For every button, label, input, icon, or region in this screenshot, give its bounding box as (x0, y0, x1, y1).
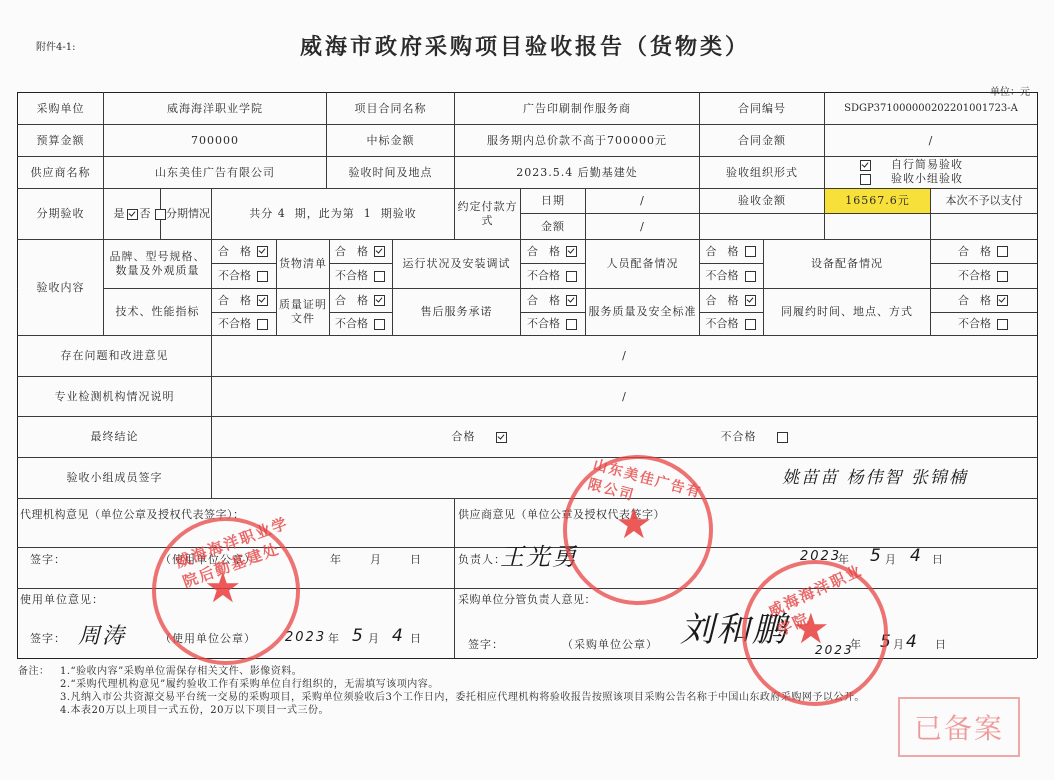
checkbox-unchecked[interactable] (997, 246, 1008, 257)
checkbox-checked[interactable] (566, 295, 577, 306)
checkbox-checked[interactable] (257, 295, 268, 306)
item-label-after-sales: 售后服务承诺 (393, 289, 520, 335)
purchaser-head-sign-label: 签字： (468, 635, 504, 655)
accept-amount-label: 验收金额 (700, 189, 824, 213)
conclusion-label: 最终结论 (18, 417, 211, 457)
filed-stamp: 已备案 (898, 697, 1020, 757)
contract-amount-value: / (825, 125, 1037, 156)
installment-label: 分期验收 (18, 189, 103, 239)
budget-label: 预算金额 (18, 125, 103, 156)
item-label-brand: 品牌、型号规格、数量及外观质量 (104, 240, 211, 288)
checkbox-unchecked[interactable] (745, 246, 756, 257)
contract-amount-label: 合同金额 (700, 125, 824, 156)
org-form-options: 自行简易验收 验收小组验收 (858, 158, 1036, 188)
installment-no-checkbox[interactable] (155, 209, 166, 220)
purchaser-label: 采购单位 (18, 93, 103, 124)
item-2-fail: 不合格 (521, 264, 585, 288)
contract-name-value: 广告印刷制作服务商 (455, 93, 699, 124)
team-sign-label: 验收小组成员签字 (18, 458, 211, 498)
checkbox-checked[interactable] (860, 160, 871, 171)
item-label-equipment: 设备配备情况 (764, 240, 930, 288)
payment-date-label: 日期 (521, 189, 585, 213)
contract-name-label: 项目合同名称 (327, 93, 454, 124)
notes-label: 备注： (18, 665, 50, 678)
item-label-service-quality: 服务质量及安全标准 (586, 289, 699, 335)
item-1-fail: 不合格 (330, 264, 392, 288)
school-logistics-seal: ★ 威海海洋职业学院后勤基建处 (152, 517, 300, 665)
conclusion-pass: 合格 (430, 417, 530, 457)
contract-no-label: 合同编号 (700, 93, 824, 124)
checkbox-unchecked[interactable] (745, 319, 756, 330)
item-0-pass: 合 格 (212, 240, 276, 263)
purchaser-head-label: 采购单位分管负责人意见： (458, 590, 596, 610)
checkbox-checked[interactable] (745, 295, 756, 306)
installment-yes-no: 是否 (104, 189, 160, 239)
agency-sign-label: 签字： (30, 550, 66, 570)
payment-amount-label: 金额 (521, 214, 585, 239)
item-4-fail: 不合格 (931, 264, 1037, 288)
supplier-value: 山东美佳广告有限公司 (104, 157, 326, 188)
checkbox-unchecked[interactable] (257, 319, 268, 330)
bid-amount-value: 服务期内总价款不高于700000元 (455, 125, 699, 156)
item-3-fail: 不合格 (700, 264, 763, 288)
item-7-fail: 不合格 (521, 313, 585, 335)
accept-time-label: 验收时间及地点 (327, 157, 454, 188)
payment-amount-value: / (586, 214, 699, 239)
payment-date-value: / (586, 189, 699, 213)
purchaser-head-seal-note: （采购单位公章） (562, 635, 658, 655)
item-4-pass: 合 格 (931, 240, 1037, 263)
checkbox-checked[interactable] (374, 246, 385, 257)
conclusion-pass-checkbox[interactable] (496, 432, 507, 443)
checkbox-unchecked[interactable] (997, 319, 1008, 330)
item-9-pass: 合 格 (931, 289, 1037, 312)
user-unit-label: 使用单位意见： (20, 590, 104, 610)
budget-value: 700000 (104, 125, 326, 156)
item-3-pass: 合 格 (700, 240, 763, 263)
checkbox-checked[interactable] (997, 295, 1008, 306)
conclusion-fail-checkbox[interactable] (777, 432, 788, 443)
bid-amount-label: 中标金额 (327, 125, 454, 156)
accept-time-value: 2023.5.4 后勤基建处 (455, 157, 699, 188)
checkbox-checked[interactable] (374, 295, 385, 306)
item-6-fail: 不合格 (330, 313, 392, 335)
item-5-fail: 不合格 (212, 313, 276, 335)
item-label-operation: 运行状况及安装调试 (393, 240, 520, 288)
checkbox-unchecked[interactable] (566, 271, 577, 282)
school-seal: ★ 威海海洋职业学院 (742, 560, 888, 706)
item-label-staffing: 人员配备情况 (586, 240, 699, 288)
note-item: 3.凡纳入市公共资源交易平台统一交易的采购项目，采购单位须验收后3个工作日内，委… (60, 691, 1018, 704)
accept-amount-value: 16567.6元 (825, 189, 930, 213)
installment-yes-checkbox[interactable] (127, 209, 138, 220)
item-9-fail: 不合格 (931, 313, 1037, 335)
item-7-pass: 合 格 (521, 289, 585, 312)
item-label-tech: 技术、性能指标 (104, 289, 211, 335)
item-8-pass: 合 格 (700, 289, 763, 312)
checkbox-unchecked[interactable] (860, 174, 871, 185)
item-8-fail: 不合格 (700, 313, 763, 335)
checkbox-checked[interactable] (257, 246, 268, 257)
installment-detail-value: 共分 4 期，此为第 1 期验收 (212, 189, 454, 239)
item-label-quality-docs: 质量证明文件 (277, 289, 329, 335)
item-label-timing: 同履约时间、地点、方式 (764, 289, 930, 335)
item-6-pass: 合 格 (330, 289, 392, 312)
user-unit-signature: 周涛 (78, 622, 126, 652)
item-1-pass: 合 格 (330, 240, 392, 263)
contract-no-value: SDGP371000000202201001723-A (825, 93, 1037, 124)
accept-amount-note: 本次不予以支付 (931, 189, 1037, 213)
org-form-option-self[interactable]: 自行简易验收 (858, 158, 1036, 172)
note-item: 4.本表20万以上项目一式五份，20万以下项目一式三份。 (60, 704, 1018, 717)
inspection-label: 专业检测机构情况说明 (18, 377, 211, 416)
attachment-label: 附件4-1: (36, 38, 75, 53)
checkbox-unchecked[interactable] (257, 271, 268, 282)
item-5-pass: 合 格 (212, 289, 276, 312)
supplier-seal: ★ 山东美佳广告有限公司 (563, 455, 713, 605)
purchaser-value: 威海海洋职业学院 (104, 93, 326, 124)
org-form-label: 验收组织形式 (700, 157, 824, 188)
page-title: 威海市政府采购项目验收报告（货物类） (300, 30, 750, 61)
org-form-option-team[interactable]: 验收小组验收 (858, 172, 1036, 186)
item-0-fail: 不合格 (212, 264, 276, 288)
user-unit-sign-label: 签字： (30, 629, 66, 649)
checkbox-checked[interactable] (566, 246, 577, 257)
payment-label: 约定付款方式 (455, 189, 520, 239)
issues-label: 存在问题和改进意见 (18, 336, 211, 376)
content-label: 验收内容 (18, 240, 103, 335)
checkbox-unchecked[interactable] (745, 271, 756, 282)
supplier-person-label: 负责人： (458, 550, 506, 570)
inspection-value: / (212, 377, 1037, 416)
checkbox-unchecked[interactable] (374, 319, 385, 330)
note-item: 2.“采购代理机构意见”履约验收工作有采购单位自行组织的，无需填写该项内容。 (60, 678, 1018, 691)
installment-detail: 分期情况 (154, 189, 211, 239)
checkbox-unchecked[interactable] (997, 271, 1008, 282)
team-signatures: 姚苗苗 杨伟智 张锦楠 (730, 460, 1020, 496)
item-label-goods-list: 货物清单 (277, 240, 329, 288)
checkbox-unchecked[interactable] (566, 319, 577, 330)
issues-value: / (212, 336, 1037, 376)
checkbox-unchecked[interactable] (374, 271, 385, 282)
conclusion-fail: 不合格 (700, 417, 810, 457)
supplier-label: 供应商名称 (18, 157, 103, 188)
item-2-pass: 合 格 (521, 240, 585, 263)
